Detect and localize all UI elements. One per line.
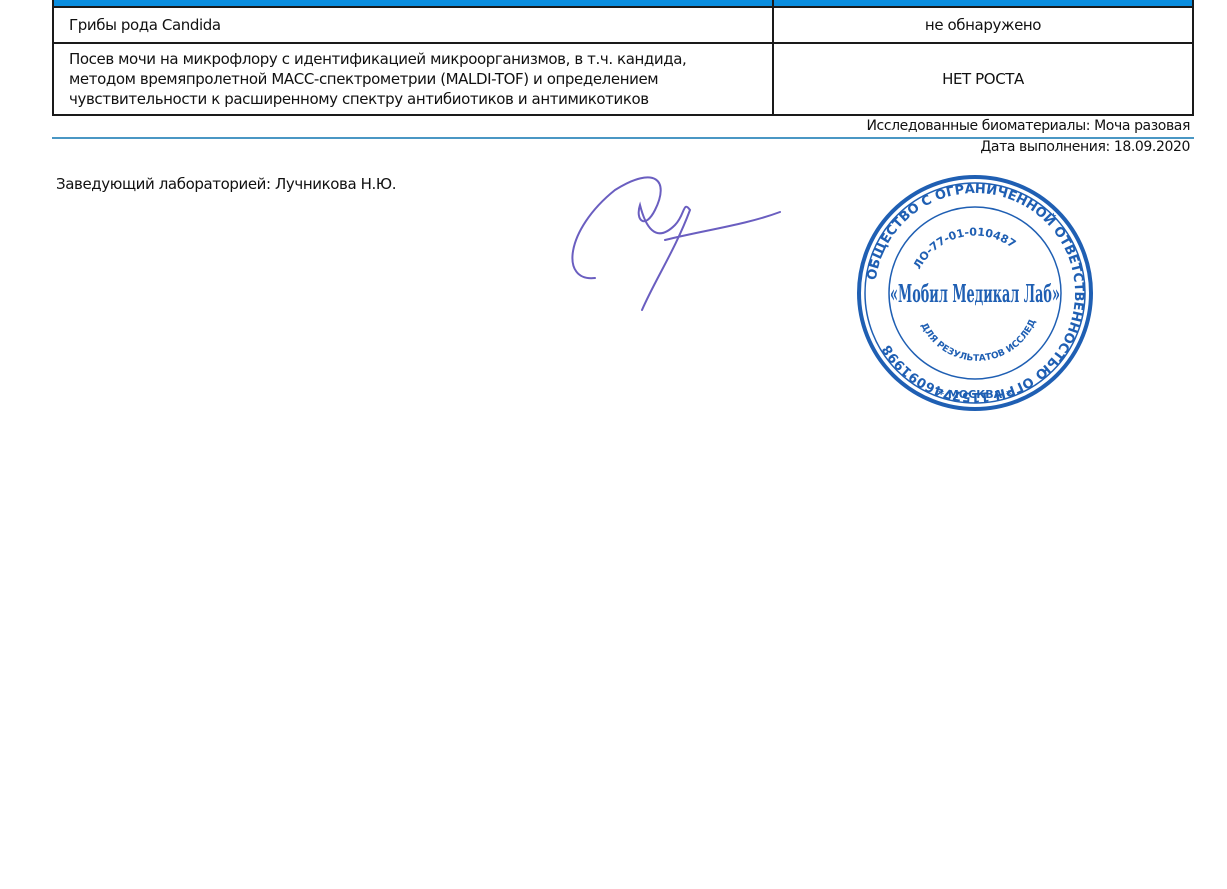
svg-text:ЛО-77-01-010487: ЛО-77-01-010487 xyxy=(911,226,1018,272)
head-of-lab: Заведующий лабораторией: Лучникова Н.Ю. xyxy=(56,175,396,193)
test-name: Посев мочи на микрофлору с идентификацие… xyxy=(53,43,773,115)
results-table: Грибы рода Candida не обнаружено Посев м… xyxy=(52,0,1194,116)
biomaterial-label: Исследованные биоматериалы: Моча разовая xyxy=(866,118,1190,134)
svg-text:* МОСКВА *: * МОСКВА * xyxy=(938,388,1012,401)
completion-date: Дата выполнения: 18.09.2020 xyxy=(980,139,1190,155)
table-header-bar xyxy=(53,0,1193,7)
table-row: Грибы рода Candida не обнаружено xyxy=(53,7,1193,43)
stamp-icon: ОБЩЕСТВО С ОГРАНИЧЕННОЙ ОТВЕТСТВЕННОСТЬЮ… xyxy=(855,172,1095,414)
test-result: НЕТ РОСТА xyxy=(773,43,1193,115)
test-result: не обнаружено xyxy=(773,7,1193,43)
test-name: Грибы рода Candida xyxy=(53,7,773,43)
signature-icon xyxy=(555,170,785,315)
table-row: Посев мочи на микрофлору с идентификацие… xyxy=(53,43,1193,115)
svg-text:«Мобил Медикал Лаб»: «Мобил Медикал Лаб» xyxy=(890,279,1060,308)
